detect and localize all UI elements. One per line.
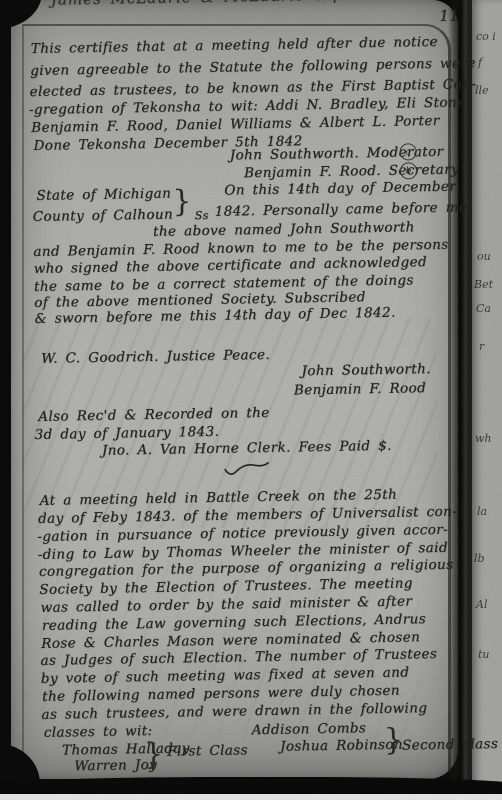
acknowledgment-line: On this 14th day of December (224, 180, 456, 199)
certificate-line: Benjamin F. Rood, Daniel Williams & Albe… (31, 114, 440, 136)
second-class-label: Second class (402, 737, 498, 754)
acknowledgment-line: 1842. Personally came before me (215, 200, 468, 219)
signature-name: Benjamin F. Rood (294, 381, 427, 398)
venue-county-line: County of Calhoun (33, 208, 174, 225)
handwritten-content: James McLaurie & McLaurie exp 11 This ce… (0, 0, 502, 800)
recording-line: Also Rec'd & Recorded on the (38, 406, 270, 425)
recording-line: Jno. A. Van Horne Clerk. Fees Paid $. (102, 439, 392, 459)
scanned-ledger-page: co i f lle ou Bet Ca r wh la lb Al tu Ja… (0, 0, 502, 800)
trustee-name: Addison Combs (252, 721, 367, 738)
first-class-label: First Class (167, 743, 248, 759)
scilicet-mark: Ss (195, 208, 209, 223)
meeting-line: classes to wit: (44, 724, 153, 741)
meeting-line: as such trustees, and were drawn in the … (41, 701, 427, 723)
flourish-mark (222, 459, 270, 480)
acknowledgment-line: the above named John Southworth (153, 220, 415, 240)
page-number: 11 (439, 9, 459, 24)
venue-state-line: State of Michigan (36, 187, 171, 204)
certificate-line: This certifies that at a meeting held af… (31, 35, 438, 57)
header-overflow-text: James McLaurie & McLaurie exp (51, 0, 344, 8)
second-class-brace: } (384, 726, 404, 756)
certificate-line: given agreeable to the Statute the follo… (30, 56, 476, 79)
first-class-brace: } (144, 740, 164, 770)
justice-signature: W. C. Goodrich. Justice Peace. (41, 348, 270, 367)
signature-name: John Southworth. (301, 362, 431, 379)
scan-bottom-strip (0, 794, 502, 800)
venue-brace: } (172, 187, 192, 217)
scan-left-border (0, 0, 11, 800)
